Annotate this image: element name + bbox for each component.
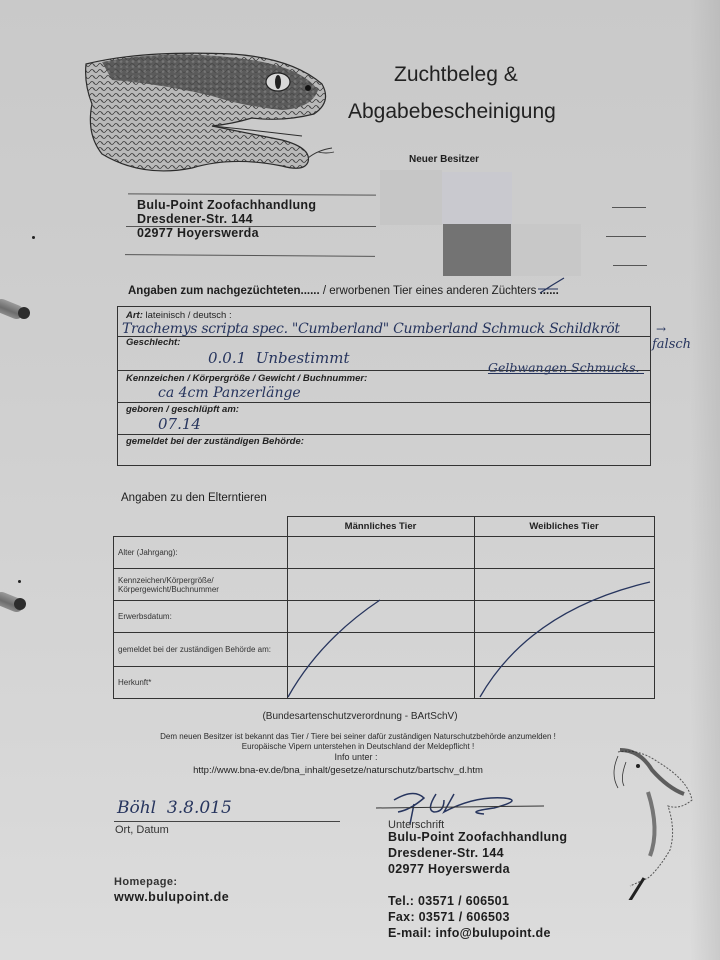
redaction-block: [442, 172, 512, 224]
footer-city: 02977 Hoyerswerda: [388, 862, 510, 876]
column-header-male: Männliches Tier: [287, 517, 474, 537]
cross-out-strokes: [280, 580, 660, 700]
handwritten-birthdate: 07.14: [158, 415, 201, 433]
handwritten-species: Trachemys scripta spec. "Cumberland" Cum…: [122, 321, 620, 337]
seller-address-line1: Bulu-Point Zoofachhandlung: [137, 198, 316, 212]
offspring-details-box: Art: lateinisch / deutsch : Trachemys sc…: [117, 306, 651, 466]
redaction-block: [511, 224, 581, 276]
new-owner-label: Neuer Besitzer: [409, 154, 479, 165]
row-divider: [118, 434, 650, 435]
footer-fax: Fax: 03571 / 606503: [388, 910, 510, 924]
address-line: [125, 254, 375, 257]
new-owner-line: [606, 236, 646, 237]
offspring-section-heading: Angaben zum nachgezüchteten...... / erwo…: [128, 285, 559, 297]
homepage-link[interactable]: www.bulupoint.de: [114, 890, 229, 904]
parents-section-heading: Angaben zu den Elterntieren: [121, 492, 267, 504]
margin-note-falsch: falsch: [652, 337, 691, 352]
correction-underline: [488, 373, 644, 374]
paper-speck: [18, 580, 21, 583]
place-date-line: [114, 821, 340, 822]
redaction-block-dark: [443, 224, 511, 276]
row-divider: [118, 402, 650, 403]
field-label-identification: Kennzeichen / Körpergröße / Gewicht / Bu…: [126, 373, 367, 384]
row-label: gemeldet bei der zuständigen Behörde am:: [114, 633, 288, 667]
field-label-sex: Geschlecht:: [126, 337, 180, 348]
footer-street: Dresdener-Str. 144: [388, 846, 504, 860]
row-label: Erwerbsdatum:: [114, 601, 288, 633]
handwritten-place-date: Böhl 3.8.015: [117, 798, 232, 818]
heading-suffix: / erworbenen Tier eines anderen Züchters: [320, 285, 537, 297]
footer-email[interactable]: E-mail: info@bulupoint.de: [388, 926, 551, 940]
heading-prefix: Angaben zum nachgezüchteten: [128, 285, 301, 297]
homepage-label: Homepage:: [114, 876, 178, 888]
viper-head-illustration: [82, 44, 338, 178]
punch-hole-top: [18, 307, 30, 319]
heading-dots: ......: [301, 285, 320, 297]
paper-speck: [32, 236, 35, 239]
place-date-label: Ort, Datum: [115, 824, 169, 836]
handwritten-identification: ca 4cm Panzerlänge: [158, 385, 301, 401]
female-cell: [474, 537, 654, 569]
new-owner-line: [612, 207, 646, 208]
redaction-block: [380, 170, 442, 225]
punch-hole-bottom: [14, 598, 26, 610]
table-corner: [114, 517, 288, 537]
field-label-birthdate: geboren / geschlüpft am:: [126, 404, 239, 415]
address-line: [128, 193, 376, 195]
handwritten-sex: 0.0.1 Unbestimmt: [208, 349, 349, 367]
document-title-line2: Abgabebescheinigung: [348, 100, 556, 124]
law-reference: (Bundesartenschutzverordnung - BArtSchV): [0, 711, 720, 722]
row-divider: [118, 336, 650, 337]
field-label-authority: gemeldet bei der zuständigen Behörde:: [126, 436, 304, 447]
margin-arrow: →: [656, 322, 666, 336]
new-owner-line: [613, 265, 647, 266]
field-label-species: Art: lateinisch / deutsch :: [126, 310, 232, 321]
viper-small-illustration: [588, 740, 708, 900]
row-label: Herkunft*: [114, 667, 288, 699]
column-header-female: Weibliches Tier: [474, 517, 654, 537]
heading-tail-dots: ......: [540, 285, 559, 297]
table-row: Alter (Jahrgang):: [114, 537, 655, 569]
seller-address-line3: 02977 Hoyerswerda: [137, 226, 259, 240]
seller-address-line2: Dresdener-Str. 144: [137, 212, 253, 226]
row-label: Kennzeichen/Körpergröße/ Körpergewicht/B…: [114, 569, 288, 601]
footer-company: Bulu-Point Zoofachhandlung: [388, 830, 567, 844]
row-label: Alter (Jahrgang):: [114, 537, 288, 569]
footer-tel: Tel.: 03571 / 606501: [388, 894, 509, 908]
strike-mark: [538, 277, 566, 295]
document-title-line1: Zuchtbeleg &: [394, 63, 518, 87]
male-cell: [287, 537, 474, 569]
